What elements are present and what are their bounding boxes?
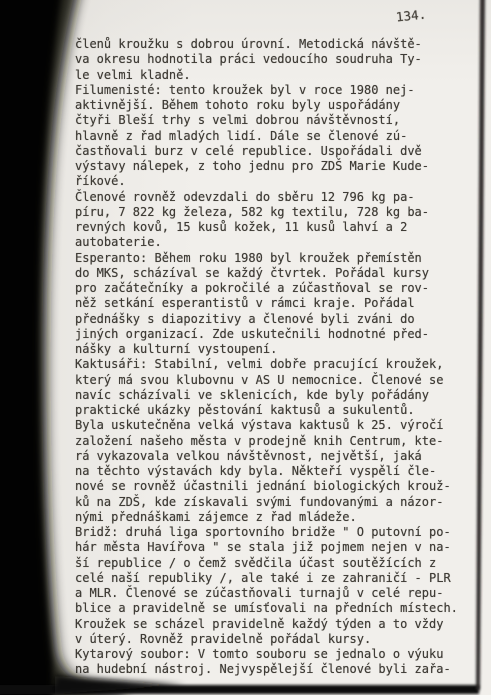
text-line: říkové. <box>75 174 480 189</box>
page-number: 134. <box>395 6 427 24</box>
text-line: hlavně z řad mladých lidí. Dále se členo… <box>75 129 480 144</box>
paper-smudge <box>4 118 20 124</box>
text-line: pro začátečníky a pokročilé a zúčastňova… <box>75 281 480 296</box>
text-line: na těchto výstavách kdy byla. Někteří vy… <box>75 464 480 479</box>
text-line: nými přednáškami zájemce z řad mládeže. <box>75 510 480 525</box>
text-line: jiných organizací. Zde uskutečnili hodno… <box>75 327 480 342</box>
text-line: nášky a kulturní vystoupení. <box>75 342 480 357</box>
paper-smudge <box>8 452 20 457</box>
text-line: navíc scházívali ve sklenicích, kde byly… <box>75 388 480 403</box>
document-text: členů kroužku s dobrou úrovní. Metodická… <box>75 37 480 678</box>
text-line: Kytarový soubor: V tomto souboru se jedn… <box>75 647 480 662</box>
text-line: rá vykazovala velkou návštěvnost, největ… <box>75 449 480 464</box>
text-line: autobaterie. <box>75 235 480 250</box>
text-line: celé naší republiky /, ale také i ze zah… <box>75 571 480 586</box>
text-line: Bridž: druhá liga sportovního bridže " O… <box>75 525 480 540</box>
text-line: Filumenisté: tento kroužek byl v roce 19… <box>75 83 480 98</box>
text-line: Členové rovněž odevzdali do sběru 12 796… <box>75 190 480 205</box>
text-line: praktické ukázky pěstování kaktusů a suk… <box>75 403 480 418</box>
paper-smudge <box>6 212 20 217</box>
text-line: něž setkání esperantistů v rámci kraje. … <box>75 296 480 311</box>
text-line: ší republice / o čemž svědčila účast sou… <box>75 556 480 571</box>
text-line: ků na ZDŠ, kde získavali svými fundovaný… <box>75 495 480 510</box>
text-line: v úterý. Rovněž pravidelně pořádal kursy… <box>75 632 480 647</box>
text-line: do MKS, scházíval se každý čtvrtek. Pořá… <box>75 266 480 281</box>
text-line: Kroužek se scházel pravidelně každý týde… <box>75 617 480 632</box>
text-line: blice a pravidelně se umísťovali na před… <box>75 601 480 616</box>
text-line: přednášky s diapozitivy a členové byli z… <box>75 312 480 327</box>
text-line: čtyři Bleší trhy s velmi dobrou návštěvn… <box>75 113 480 128</box>
text-line: výstavy nálepek, z toho jednu pro ZDŠ Ma… <box>75 159 480 174</box>
text-line: a MLR. Členové se zúčastňovali turnajů v… <box>75 586 480 601</box>
text-line: va okresu hodnotila práci vedoucího soud… <box>75 52 480 67</box>
text-line: Kaktusáři: Stabilní, velmi dobře pracují… <box>75 357 480 372</box>
text-line: častňovali burz v celé republice. Uspořá… <box>75 144 480 159</box>
text-line: hár města Havířova " se stala již pojmem… <box>75 540 480 555</box>
scanned-page: 134. členů kroužku s dobrou úrovní. Meto… <box>0 0 491 700</box>
text-line: který má svou klubovnu v AS U nemocnice.… <box>75 373 480 388</box>
text-line: Byla uskutečněna velká výstava kaktusů k… <box>75 418 480 433</box>
text-line: aktivnější. Během tohoto roku byly uspoř… <box>75 98 480 113</box>
text-line: členů kroužku s dobrou úrovní. Metodická… <box>75 37 480 52</box>
text-line: Esperanto: Během roku 1980 byl kroužek p… <box>75 251 480 266</box>
text-line: na hudební nástroj. Nejvyspělejší členov… <box>75 662 480 677</box>
text-line: revných kovů, 15 kusů kožek, 11 kusů lah… <box>75 220 480 235</box>
text-line: založení našeho města v prodejně knih Ce… <box>75 434 480 449</box>
text-line: nové se rovněž účastnili jednání biologi… <box>75 479 480 494</box>
text-line: píru, 7 822 kg železa, 582 kg textilu, 7… <box>75 205 480 220</box>
paper-smudge <box>2 330 12 334</box>
text-line: le velmi kladně. <box>75 68 480 83</box>
scan-bottom-edge <box>0 676 479 694</box>
scanner-background <box>0 695 491 700</box>
